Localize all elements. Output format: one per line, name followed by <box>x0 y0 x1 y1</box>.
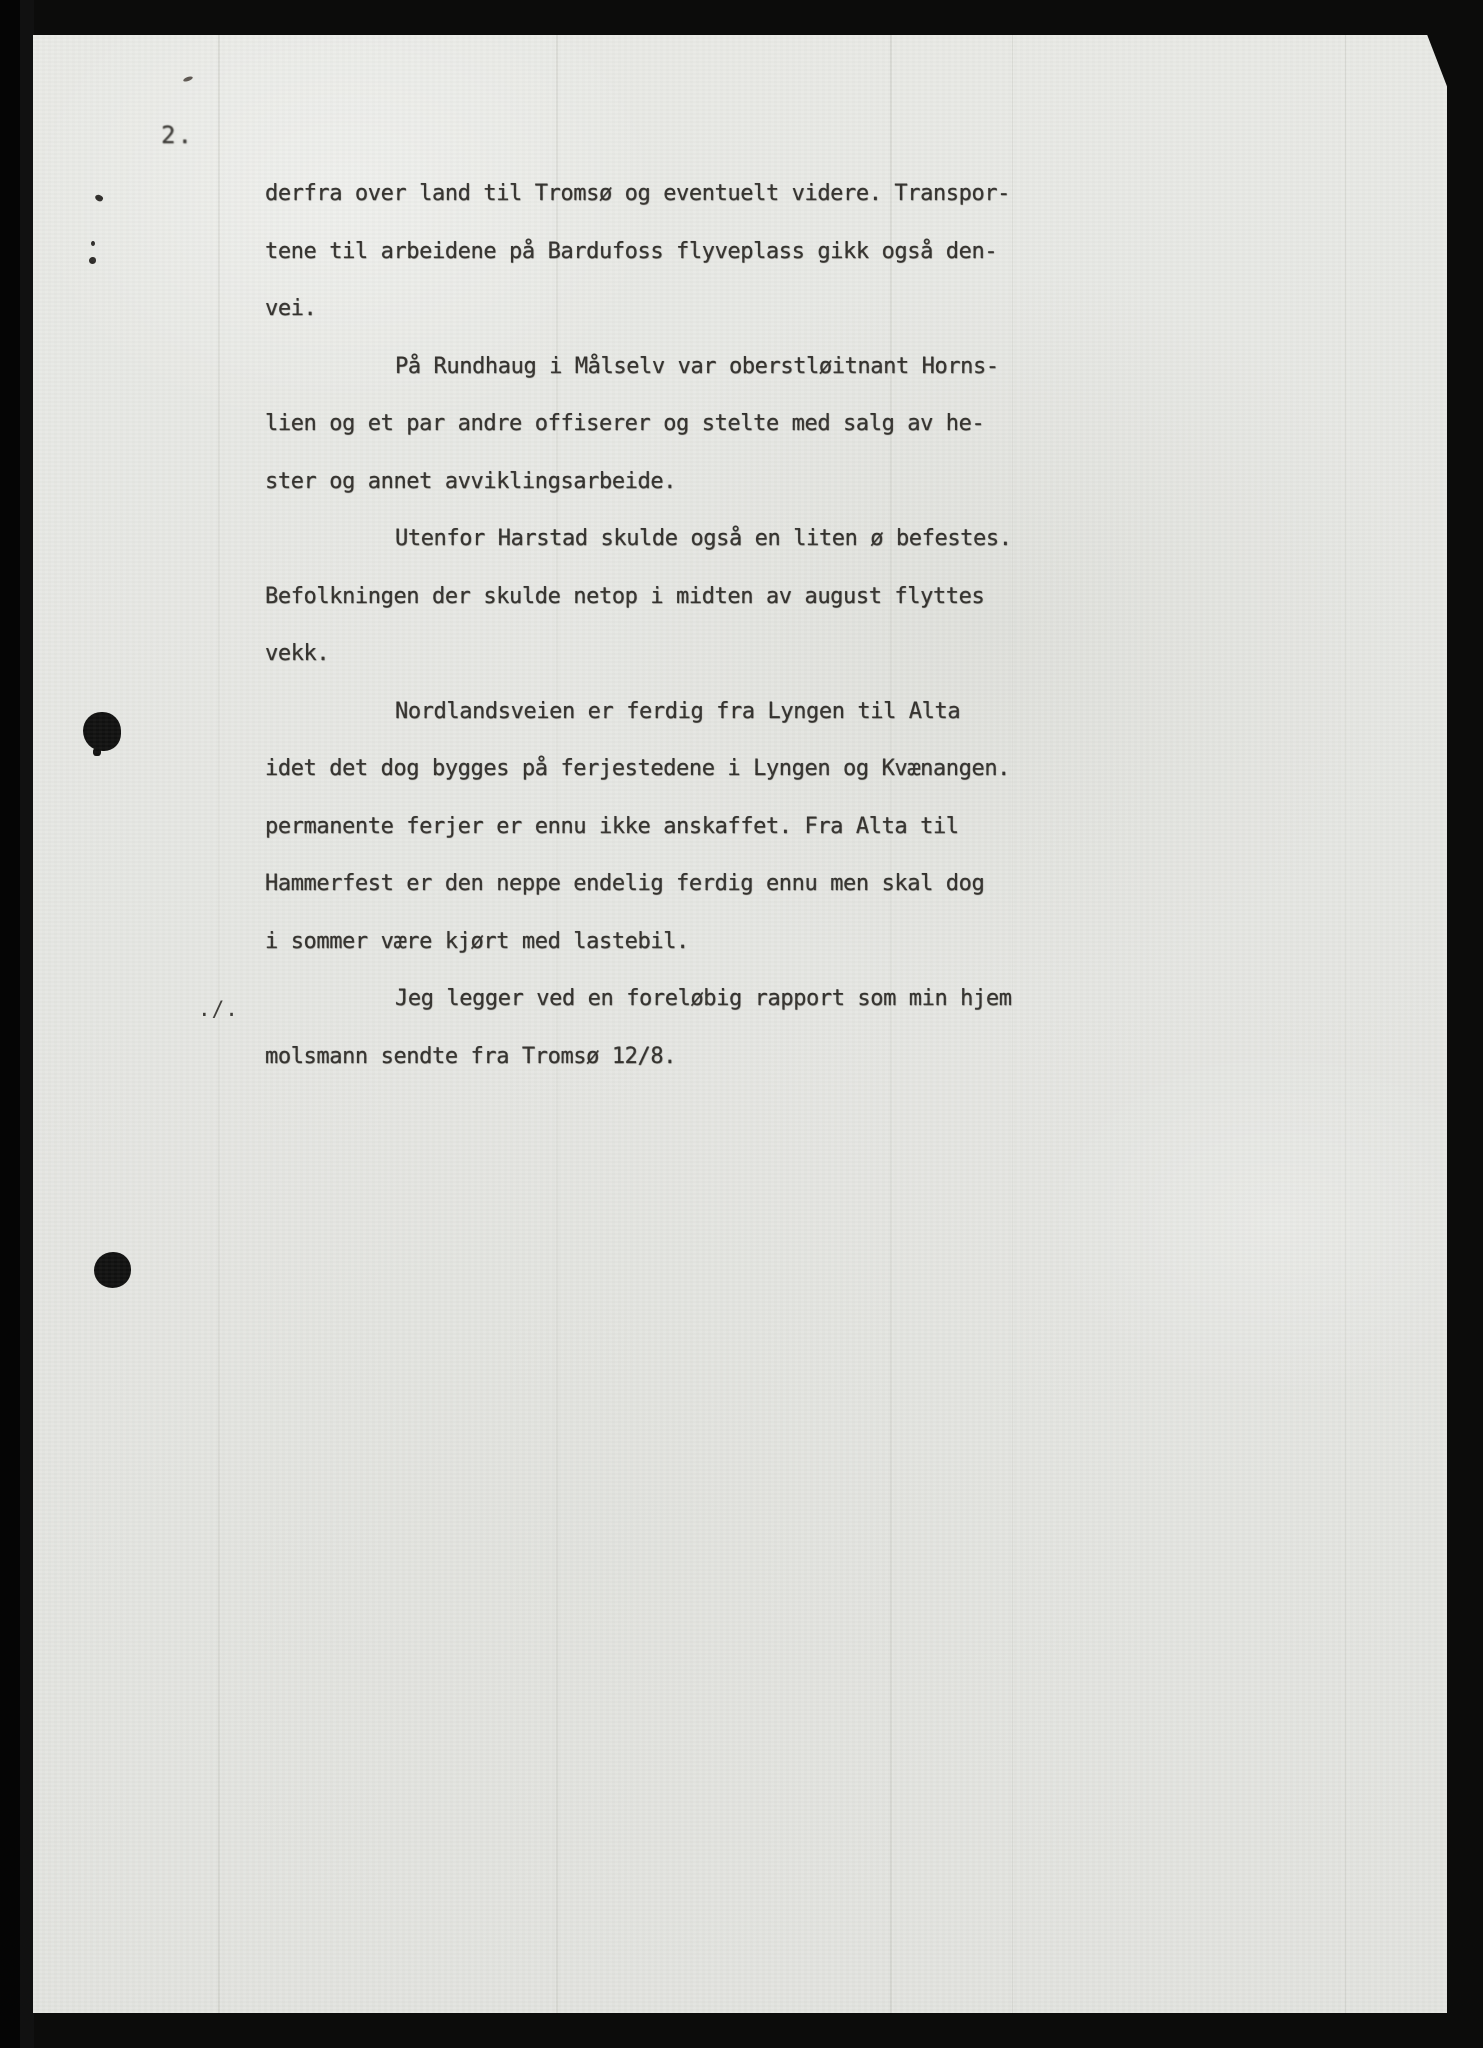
text-line: På Rundhaug i Målselv var oberstløitnant… <box>265 338 1065 396</box>
text-line: ster og annet avviklingsarbeide. <box>265 453 1065 511</box>
text-line: vekk. <box>265 625 1065 683</box>
paper-crease <box>1345 35 1346 2013</box>
text-line: molsmann sendte fra Tromsø 12/8. <box>265 1028 1065 1086</box>
text-line: permanente ferjer er ennu ikke anskaffet… <box>265 798 1065 856</box>
text-line: derfra over land til Tromsø og eventuelt… <box>265 165 1065 223</box>
enclosure-margin-mark: ./. <box>198 997 239 1021</box>
typewritten-text-block: derfra over land til Tromsø og eventuelt… <box>265 165 1065 1085</box>
punch-hole-top <box>83 712 121 751</box>
page-number: 2. <box>161 121 194 149</box>
ink-speck <box>94 193 104 202</box>
ink-speck <box>89 257 96 264</box>
text-line: Utenfor Harstad skulde også en liten ø b… <box>265 510 1065 568</box>
text-line: lien og et par andre offiserer og stelte… <box>265 395 1065 453</box>
text-line: i sommer være kjørt med lastebil. <box>265 913 1065 971</box>
text-line: Hammerfest er den neppe endelig ferdig e… <box>265 855 1065 913</box>
ink-speck <box>183 75 194 82</box>
text-line: Nordlandsveien er ferdig fra Lyngen til … <box>265 683 1065 741</box>
document-page: 2. ./. derfra over land til Tromsø og ev… <box>33 35 1447 2013</box>
ink-speck <box>91 241 95 246</box>
text-line: idet det dog bygges på ferjestedene i Ly… <box>265 740 1065 798</box>
punch-hole-bottom <box>94 1252 131 1288</box>
text-line: Jeg legger ved en foreløbig rapport som … <box>265 970 1065 1028</box>
text-line: tene til arbeidene på Bardufoss flyvepla… <box>265 223 1065 281</box>
paper-crease <box>218 35 220 2013</box>
text-line: vei. <box>265 280 1065 338</box>
text-line: Befolkningen der skulde netop i midten a… <box>265 568 1065 626</box>
scan-background: 2. ./. derfra over land til Tromsø og ev… <box>0 0 1483 2048</box>
